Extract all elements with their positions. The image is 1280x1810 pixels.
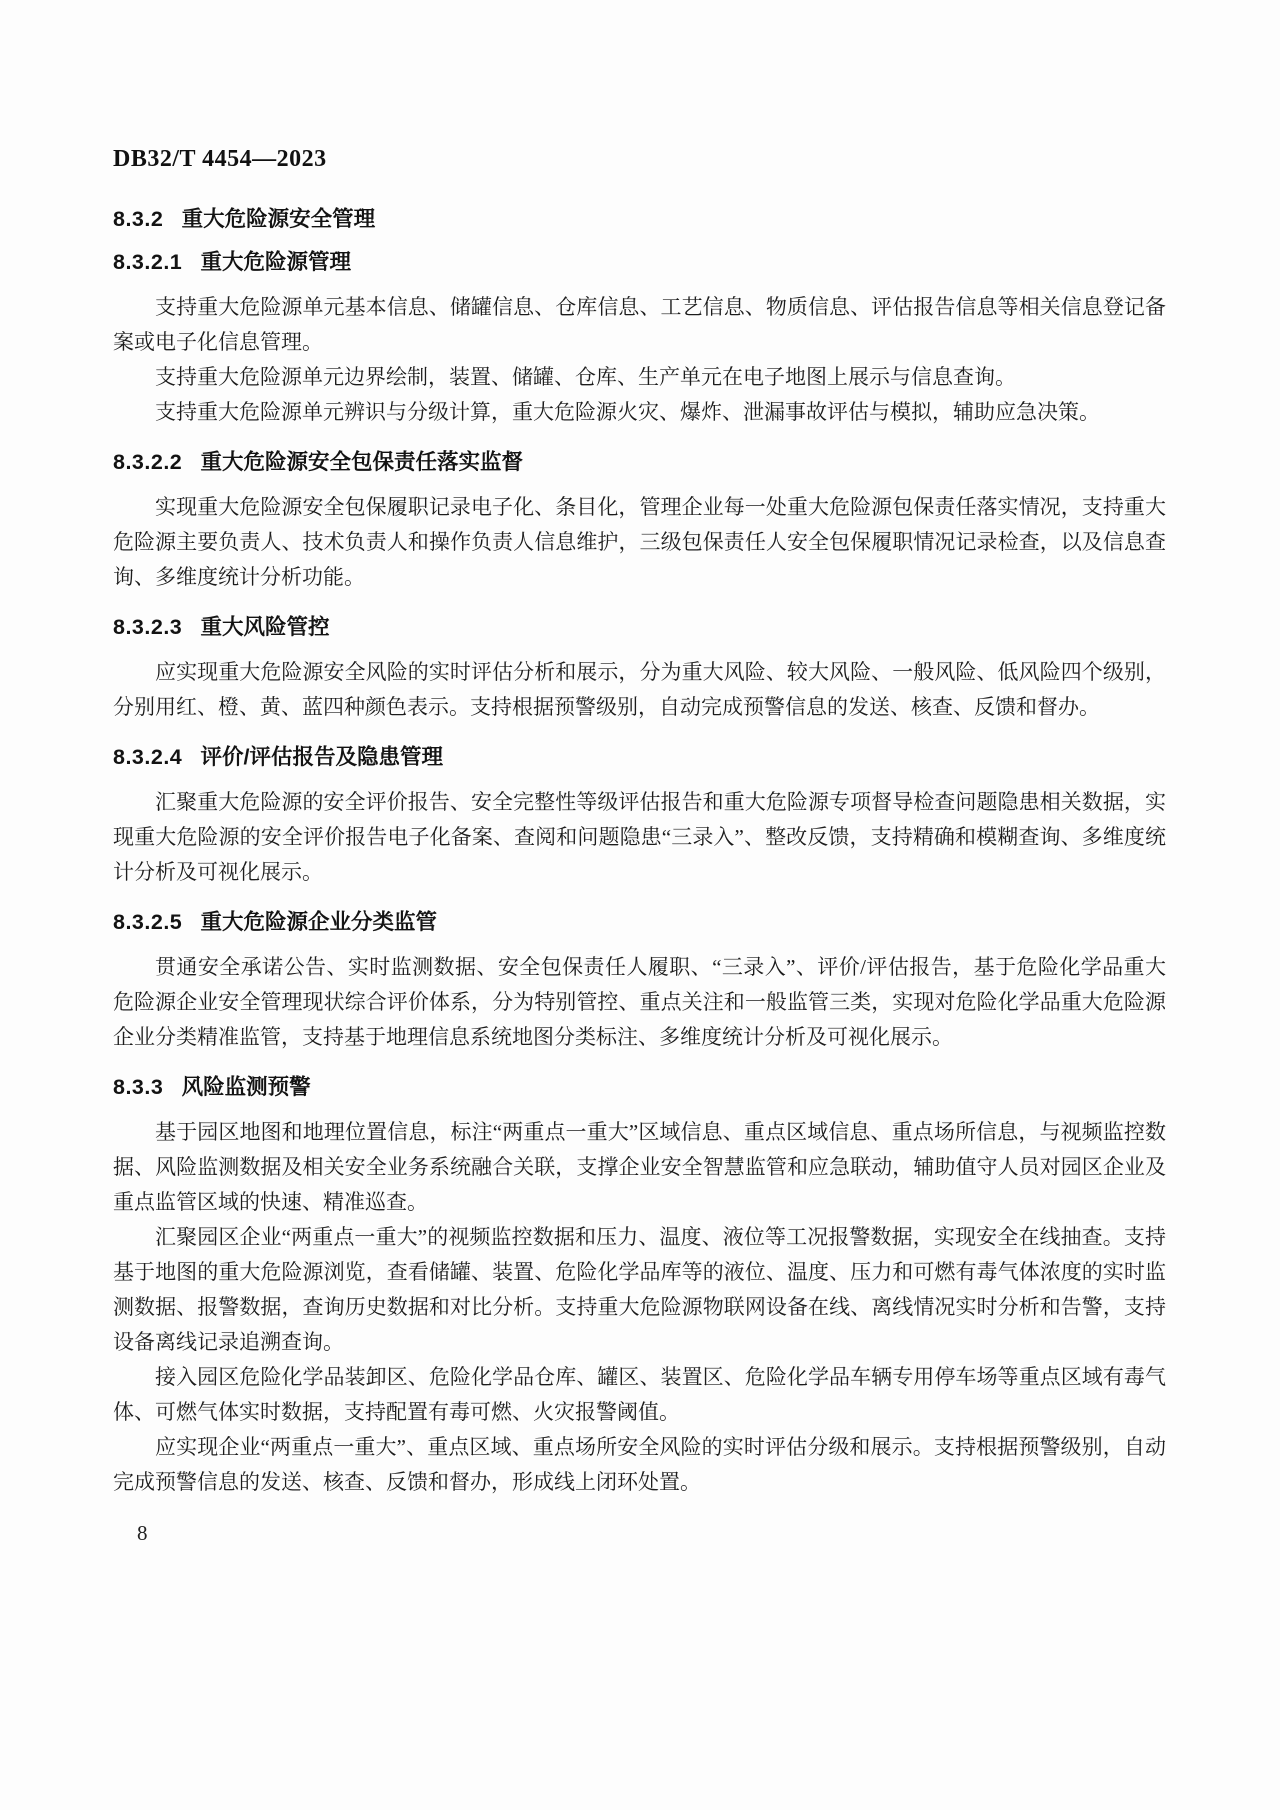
- section-title: 评价/评估报告及隐患管理: [201, 745, 443, 769]
- section-heading-8-3-2-5: 8.3.2.5重大危险源企业分类监管: [113, 911, 1166, 933]
- section-number: 8.3.2.2: [113, 450, 182, 474]
- doc-code: DB32/T 4454—2023: [113, 146, 1166, 172]
- paragraph: 汇聚园区企业“两重点一重大”的视频监控数据和压力、温度、液位等工况报警数据，实现…: [113, 1220, 1166, 1360]
- document-page: DB32/T 4454—2023 8.3.2重大危险源安全管理 8.3.2.1重…: [0, 0, 1280, 1810]
- section-heading-8-3-2-4: 8.3.2.4评价/评估报告及隐患管理: [113, 746, 1166, 768]
- section-title: 风险监测预警: [182, 1075, 311, 1099]
- paragraph: 接入园区危险化学品装卸区、危险化学品仓库、罐区、装置区、危险化学品车辆专用停车场…: [113, 1360, 1166, 1430]
- section-title: 重大危险源安全管理: [182, 207, 376, 231]
- paragraph: 应实现重大危险源安全风险的实时评估分析和展示，分为重大风险、较大风险、一般风险、…: [113, 655, 1166, 725]
- section-heading-8-3-2-3: 8.3.2.3重大风险管控: [113, 616, 1166, 638]
- section-heading-8-3-2-1: 8.3.2.1重大危险源管理: [113, 251, 1166, 273]
- document-content: 8.3.2重大危险源安全管理 8.3.2.1重大危险源管理 支持重大危险源单元基…: [113, 208, 1166, 1500]
- paragraph: 支持重大危险源单元边界绘制，装置、储罐、仓库、生产单元在电子地图上展示与信息查询…: [113, 360, 1166, 395]
- section-number: 8.3.2.3: [113, 615, 182, 639]
- paragraph: 贯通安全承诺公告、实时监测数据、安全包保责任人履职、“三录入”、评价/评估报告，…: [113, 950, 1166, 1055]
- paragraph: 实现重大危险源安全包保履职记录电子化、条目化，管理企业每一处重大危险源包保责任落…: [113, 490, 1166, 595]
- paragraph: 汇聚重大危险源的安全评价报告、安全完整性等级评估报告和重大危险源专项督导检查问题…: [113, 785, 1166, 890]
- paragraph: 应实现企业“两重点一重大”、重点区域、重点场所安全风险的实时评估分级和展示。支持…: [113, 1430, 1166, 1500]
- paragraph: 支持重大危险源单元辨识与分级计算，重大危险源火灾、爆炸、泄漏事故评估与模拟，辅助…: [113, 395, 1166, 430]
- section-title: 重大风险管控: [201, 615, 330, 639]
- section-heading-8-3-2: 8.3.2重大危险源安全管理: [113, 208, 1166, 230]
- section-number: 8.3.2.1: [113, 250, 182, 274]
- section-title: 重大危险源企业分类监管: [201, 910, 438, 934]
- section-heading-8-3-2-2: 8.3.2.2重大危险源安全包保责任落实监督: [113, 451, 1166, 473]
- section-number: 8.3.2.5: [113, 910, 182, 934]
- paragraph: 基于园区地图和地理位置信息，标注“两重点一重大”区域信息、重点区域信息、重点场所…: [113, 1115, 1166, 1220]
- section-title: 重大危险源安全包保责任落实监督: [201, 450, 524, 474]
- section-heading-8-3-3: 8.3.3风险监测预警: [113, 1076, 1166, 1098]
- section-title: 重大危险源管理: [201, 250, 352, 274]
- section-number: 8.3.3: [113, 1075, 163, 1099]
- paragraph: 支持重大危险源单元基本信息、储罐信息、仓库信息、工艺信息、物质信息、评估报告信息…: [113, 290, 1166, 360]
- section-number: 8.3.2.4: [113, 745, 182, 769]
- section-number: 8.3.2: [113, 207, 163, 231]
- page-number: 8: [113, 1522, 1166, 1544]
